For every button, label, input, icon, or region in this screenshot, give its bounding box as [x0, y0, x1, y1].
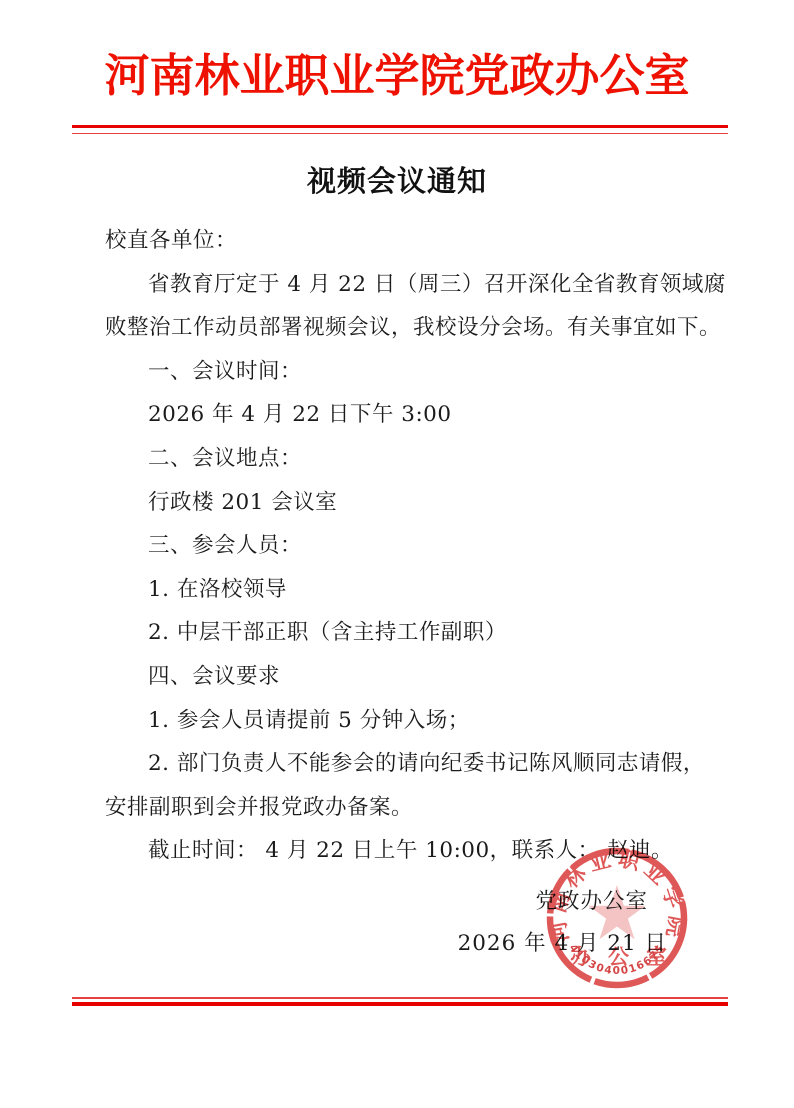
attendees-item-1: 1. 在洛校领导 — [105, 568, 705, 612]
requirement-item-2a: 2. 部门负责人不能参会的请向纪委书记陈风顺同志请假， — [105, 742, 705, 786]
official-seal: 河南林业职业学院 办公室 4103040016675 — [532, 833, 702, 1003]
document-title: 视频会议通知 — [0, 159, 794, 200]
meeting-place-line: 行政楼 201 会议室 — [105, 481, 705, 525]
intro-line-2: 败整治工作动员部署视频会议，我校设分会场。有关事宜如下。 — [105, 306, 705, 350]
meeting-time-line: 2026 年 4 月 22 日下午 3:00 — [105, 393, 705, 437]
section-4-heading: 四、会议要求 — [105, 655, 705, 699]
header-rule-thick — [72, 125, 728, 128]
notice-document-page: 河南林业职业学院党政办公室 视频会议通知 校直各单位： 省教育厅定于 4 月 2… — [0, 0, 794, 1108]
attendees-item-2: 2. 中层干部正职（含主持工作副职） — [105, 611, 705, 655]
header-org-title: 河南林业职业学院党政办公室 — [0, 46, 794, 106]
intro-line-1: 省教育厅定于 4 月 22 日（周三）召开深化全省教育领域腐 — [105, 263, 705, 307]
salutation-line: 校直各单位： — [105, 219, 705, 263]
seal-star-icon — [589, 885, 646, 939]
section-2-heading: 二、会议地点： — [105, 437, 705, 481]
notice-body: 校直各单位： 省教育厅定于 4 月 22 日（周三）召开深化全省教育领域腐 败整… — [105, 219, 705, 873]
requirement-item-2b: 安排副职到会并报党政办备案。 — [105, 786, 705, 830]
footer-rule-thin — [72, 997, 728, 999]
header-rule-thin — [72, 133, 728, 135]
requirement-item-1: 1. 参会人员请提前 5 分钟入场； — [105, 699, 705, 743]
section-1-heading: 一、会议时间： — [105, 350, 705, 394]
footer-rule-thick — [72, 1002, 728, 1007]
section-3-heading: 三、参会人员： — [105, 524, 705, 568]
